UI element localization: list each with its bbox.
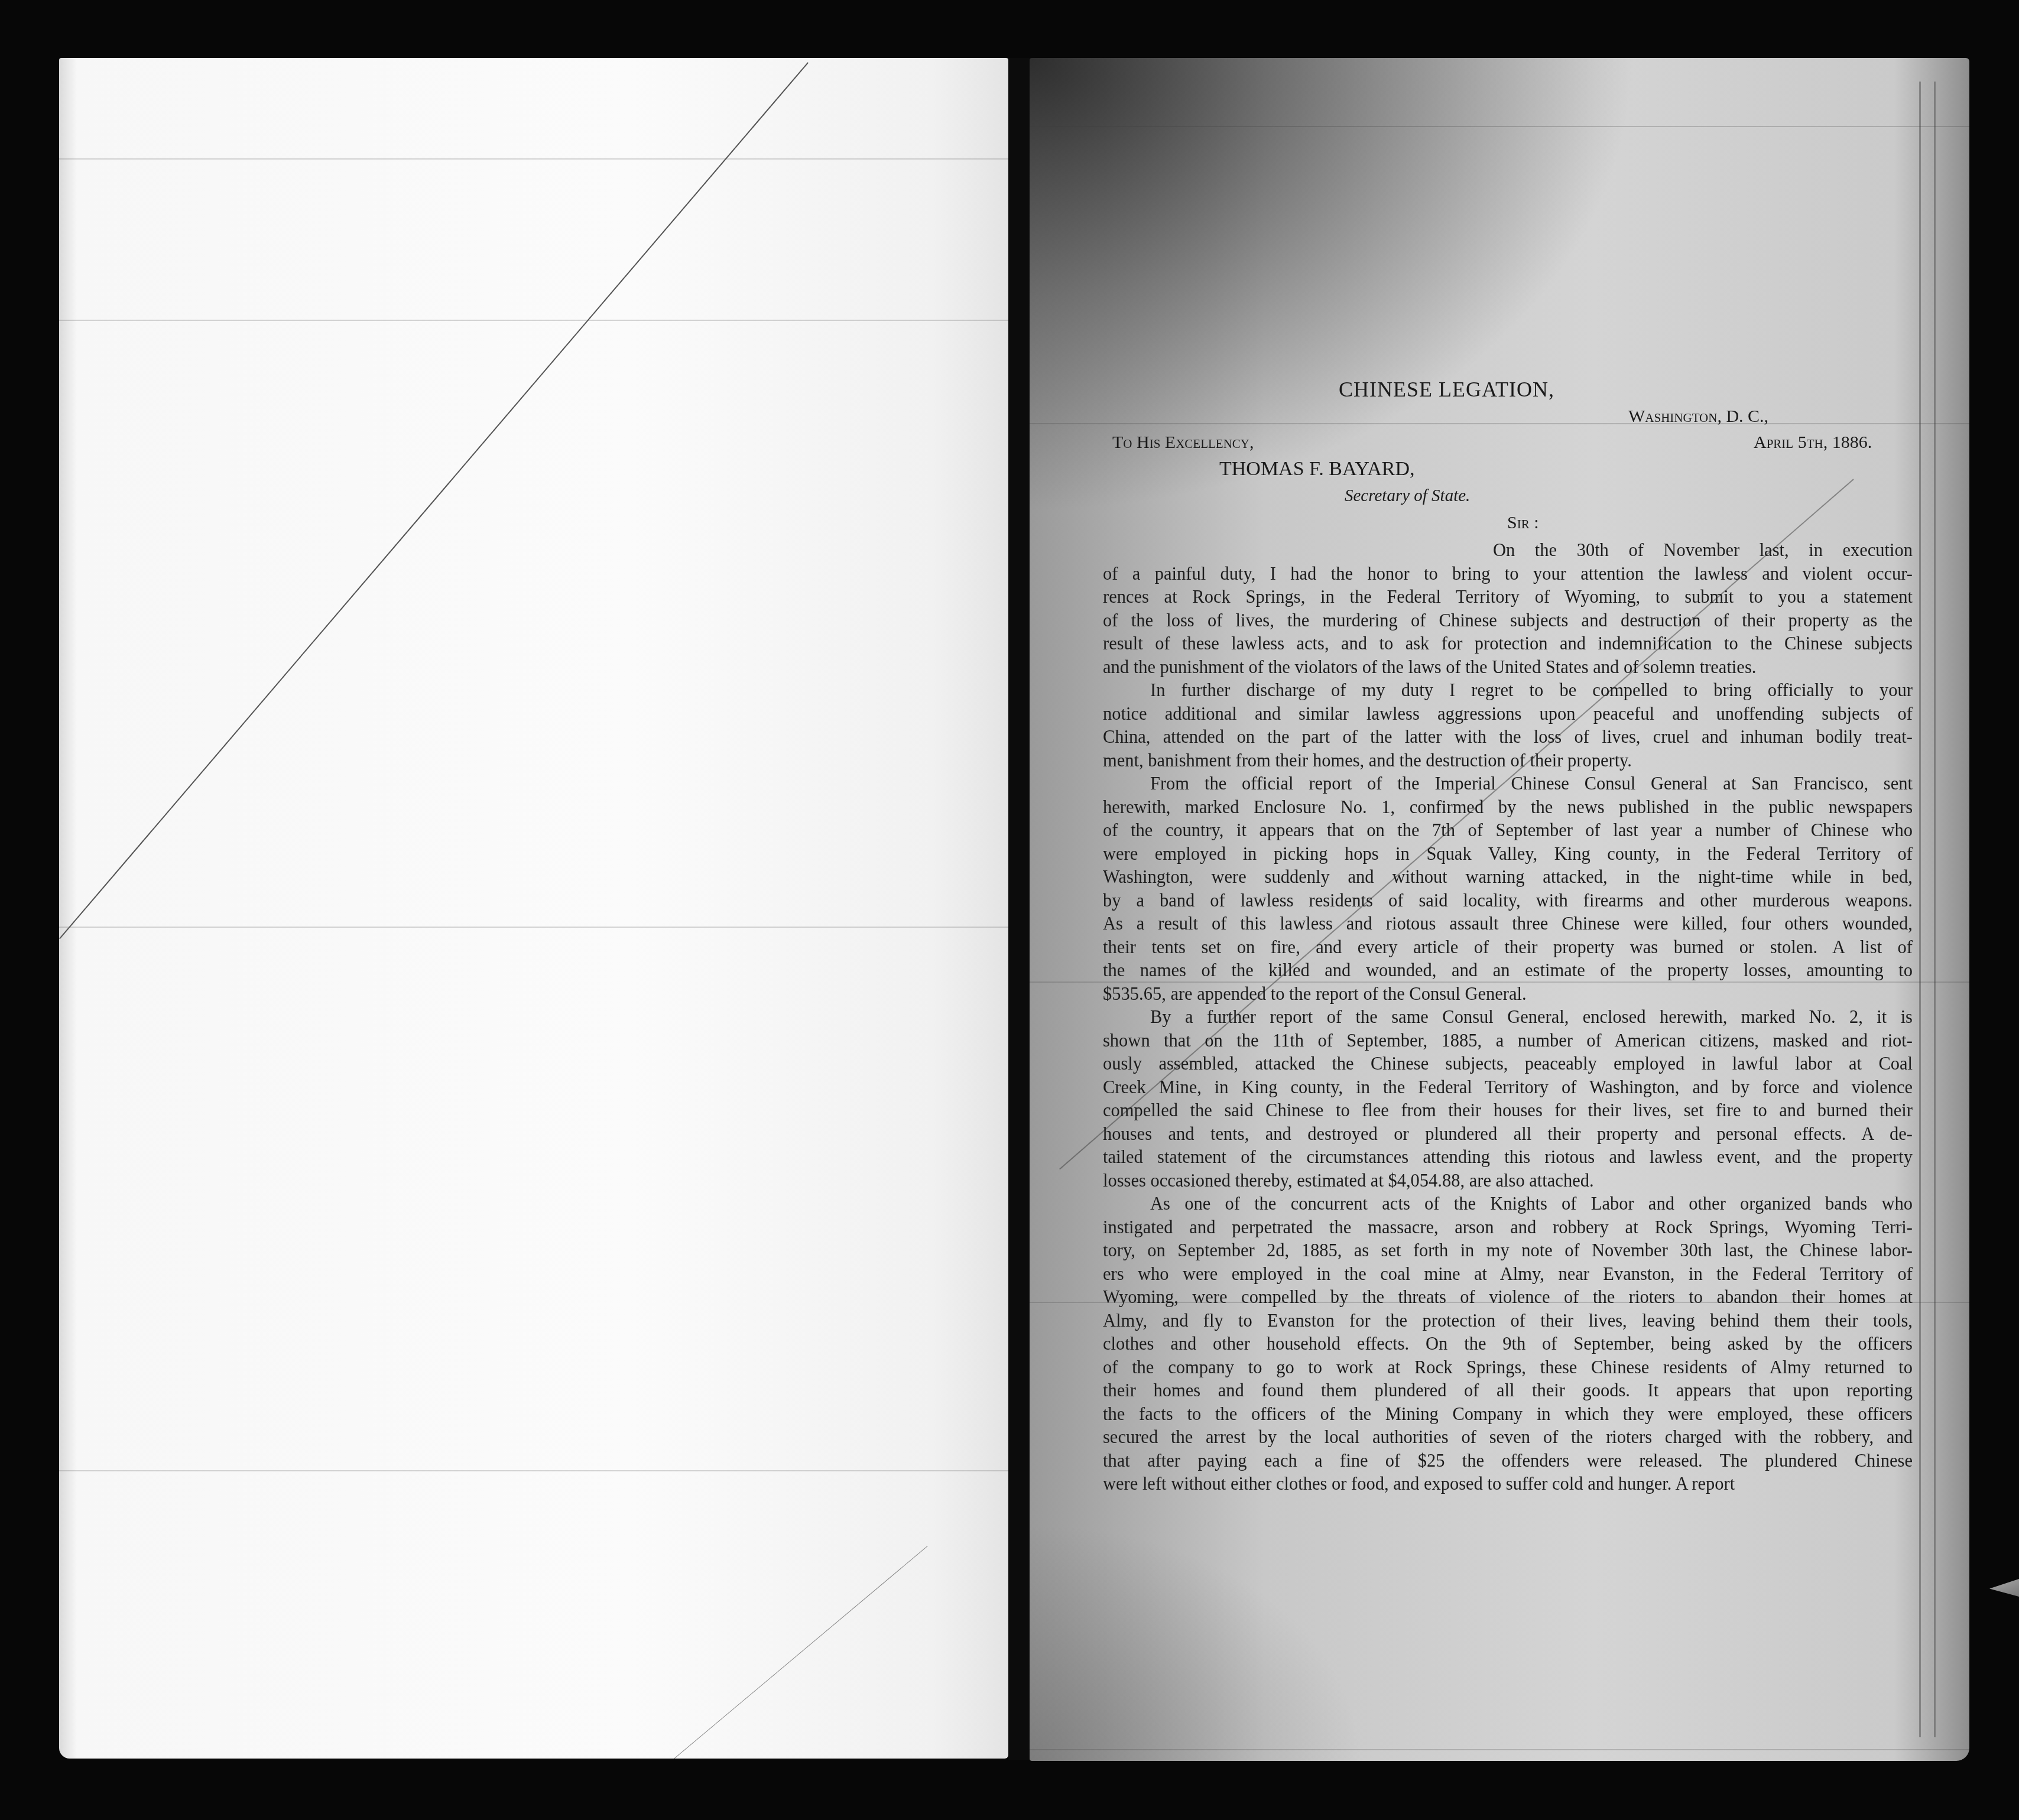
text-line: result of these lawless acts, and to ask… (1103, 632, 1913, 656)
text-line: their tents set on fire, and every artic… (1103, 936, 1913, 960)
book-gutter (1008, 58, 1030, 1760)
text-line: shown that on the 11th of September, 188… (1103, 1029, 1913, 1053)
scan-line (1030, 126, 1969, 127)
text-line: tory, on September 2d, 1885, as set fort… (1103, 1239, 1913, 1263)
text-line: Washington, were suddenly and without wa… (1103, 866, 1913, 889)
text-line: the facts to the officers of the Mining … (1103, 1403, 1913, 1426)
text-line: instigated and perpetrated the massacre,… (1103, 1216, 1913, 1240)
salutation-line: To His Excellency, (1112, 433, 1254, 453)
scan-line (59, 1470, 1008, 1471)
recipient-name: THOMAS F. BAYARD, (1219, 458, 1414, 480)
text-line: From the official report of the Imperial… (1103, 772, 1913, 796)
text-line: China, attended on the part of the latte… (1103, 726, 1913, 749)
text-line: $535.65, are appended to the report of t… (1103, 983, 1913, 1006)
text-line: compelled the said Chinese to flee from … (1103, 1099, 1913, 1123)
page-corner-tab (1989, 1579, 2019, 1597)
text-line: Creek Mine, in King county, in the Feder… (1103, 1076, 1913, 1100)
scan-line (59, 158, 1008, 160)
scan-line (59, 927, 1008, 928)
text-line: notice additional and similar lawless ag… (1103, 703, 1913, 726)
film-scratch (59, 62, 809, 939)
text-line: the names of the killed and wounded, and… (1103, 959, 1913, 983)
text-line: of the company to go to work at Rock Spr… (1103, 1356, 1913, 1380)
text-line: that after paying each a fine of $25 the… (1103, 1449, 1913, 1473)
text-line: were left without either clothes or food… (1103, 1473, 1913, 1496)
text-line: of a painful duty, I had the honor to br… (1103, 563, 1913, 586)
letterhead-city: Washington, D. C., (1628, 407, 1768, 427)
letter-date: April 5th, 1886. (1754, 433, 1872, 453)
text-line: were employed in picking hops in Squak V… (1103, 843, 1913, 866)
left-page-blank (59, 58, 1008, 1759)
text-line: their homes and found them plundered of … (1103, 1379, 1913, 1403)
text-line: tailed statement of the circumstances at… (1103, 1146, 1913, 1169)
text-line: of the country, it appears that on the 7… (1103, 819, 1913, 843)
scan-line (1030, 423, 1969, 424)
letter-paragraph: In further discharge of my duty I regret… (1103, 679, 1913, 772)
text-line: herewith, marked Enclosure No. 1, confir… (1103, 796, 1913, 820)
text-line: of the loss of lives, the murdering of C… (1103, 609, 1913, 633)
letter-paragraph: As one of the concurrent acts of the Kni… (1103, 1192, 1913, 1496)
letter-paragraph: On the 30th of November last, in executi… (1103, 539, 1913, 679)
text-line: rences at Rock Springs, in the Federal T… (1103, 586, 1913, 609)
text-line: By a further report of the same Consul G… (1103, 1006, 1913, 1029)
letter-body: On the 30th of November last, in executi… (1103, 539, 1913, 1496)
text-line: As a result of this lawless and riotous … (1103, 912, 1913, 936)
text-line: Wyoming, were compelled by the threats o… (1103, 1286, 1913, 1309)
text-line: ously assembled, attacked the Chinese su… (1103, 1052, 1913, 1076)
greeting: Sir : (1507, 513, 1539, 533)
text-line: Almy, and fly to Evanston for the protec… (1103, 1309, 1913, 1333)
page-edge-line (1919, 82, 1921, 1737)
text-line: In further discharge of my duty I regret… (1103, 679, 1913, 703)
text-line: ers who were employed in the coal mine a… (1103, 1263, 1913, 1286)
text-line: clothes and other household effects. On … (1103, 1332, 1913, 1356)
text-line: On the 30th of November last, in executi… (1103, 539, 1913, 563)
text-line: As one of the concurrent acts of the Kni… (1103, 1192, 1913, 1216)
letterhead-organization: CHINESE LEGATION, (1339, 377, 1554, 402)
text-line: losses occasioned thereby, estimated at … (1103, 1169, 1913, 1193)
text-line: secured the arrest by the local authorit… (1103, 1426, 1913, 1449)
scan-line (1030, 1749, 1969, 1750)
film-scratch (674, 1546, 928, 1759)
letter-paragraph: From the official report of the Imperial… (1103, 772, 1913, 1006)
text-line: houses and tents, and destroyed or plund… (1103, 1123, 1913, 1146)
scan-line (59, 320, 1008, 321)
text-line: and the punishment of the violators of t… (1103, 656, 1913, 680)
text-line: by a band of lawless residents of said l… (1103, 889, 1913, 913)
text-line: ment, banishment from their homes, and t… (1103, 749, 1913, 773)
page-edge-line (1934, 82, 1936, 1737)
letter-paragraph: By a further report of the same Consul G… (1103, 1006, 1913, 1192)
recipient-title: Secretary of State. (1345, 486, 1470, 506)
